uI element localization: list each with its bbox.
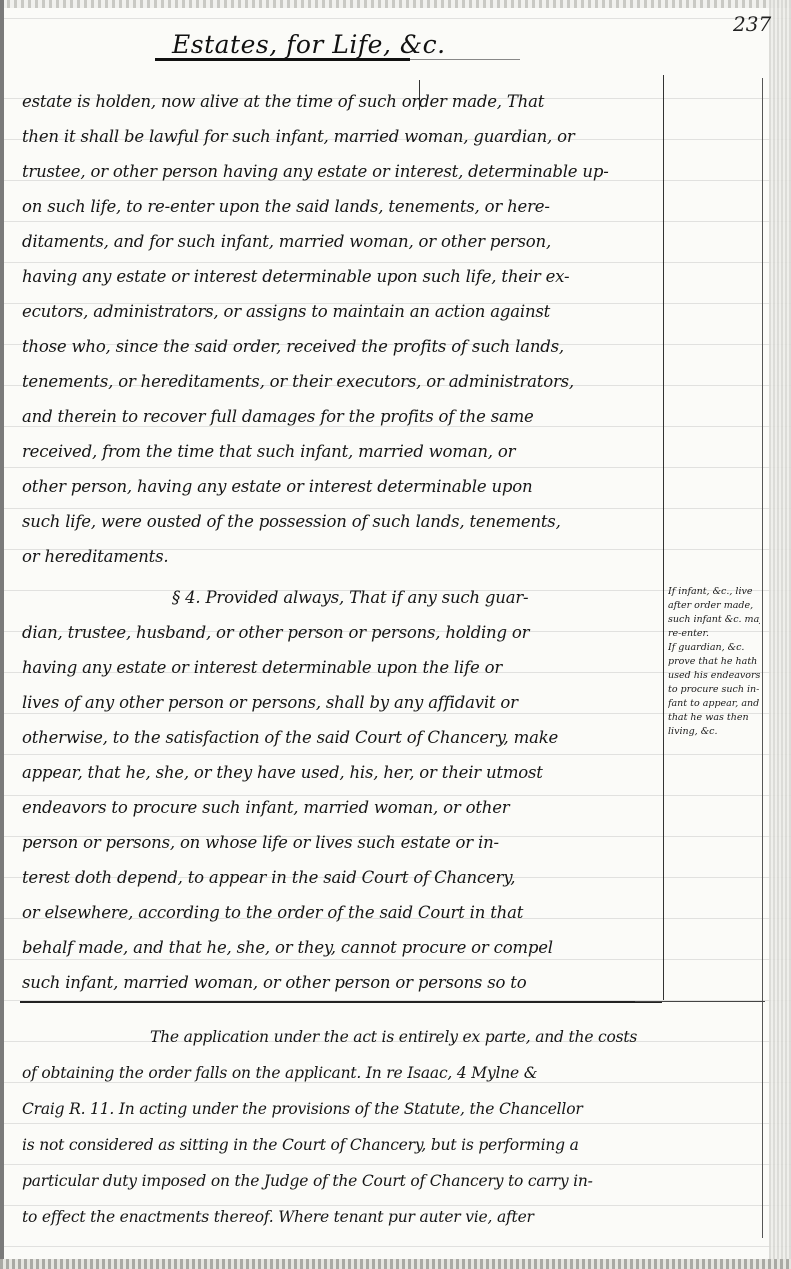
margin-note-line: living, &c.: [668, 725, 760, 739]
text-line: terest doth depend, to appear in the sai…: [22, 868, 515, 887]
text-line: dian, trustee, husband, or other person …: [22, 623, 529, 642]
text-line: tenements, or hereditaments, or their ex…: [22, 372, 574, 391]
scan-edge-left: [0, 0, 4, 1269]
text-line: The application under the act is entirel…: [150, 1028, 637, 1046]
text-line: having any estate or interest determinab…: [22, 658, 502, 677]
text-line: Craig R. 11. In acting under the provisi…: [22, 1100, 583, 1118]
margin-note-line: after order made,: [668, 599, 760, 613]
text-line: to effect the enactments thereof. Where …: [22, 1208, 534, 1226]
margin-note-line: re-enter.: [668, 627, 760, 641]
margin-rule: [663, 75, 664, 1000]
heading-underline-trail: [410, 59, 520, 60]
page-number: 237: [733, 12, 771, 36]
text-line: ecutors, administrators, or assigns to m…: [22, 302, 550, 321]
text-line: particular duty imposed on the Judge of …: [22, 1172, 593, 1190]
text-line: then it shall be lawful for such infant,…: [22, 127, 575, 146]
section-heading-line: § 4. Provided always, That if any such g…: [172, 588, 528, 607]
margin-note-line: prove that he hath: [668, 655, 760, 669]
margin-note-line: such infant &c. may: [668, 613, 760, 627]
footnote-separator: [20, 1001, 662, 1003]
text-line: otherwise, to the satisfaction of the sa…: [22, 728, 558, 747]
text-line: those who, since the said order, receive…: [22, 337, 564, 356]
text-line: on such life, to re-enter upon the said …: [22, 197, 550, 216]
text-line: having any estate or interest determinab…: [22, 267, 569, 286]
page-heading: Estates, for Life, &c.: [172, 30, 446, 59]
text-line: of obtaining the order falls on the appl…: [22, 1064, 537, 1082]
manuscript-page: 237 Estates, for Life, &c. estate is hol…: [0, 0, 791, 1269]
text-line: trustee, or other person having any esta…: [22, 162, 609, 181]
text-line: appear, that he, she, or they have used,…: [22, 763, 543, 782]
text-line: person or persons, on whose life or live…: [22, 833, 499, 852]
scan-noise-bottom: [0, 1259, 791, 1269]
margin-note-line: that he was then: [668, 711, 760, 725]
margin-note-line: If guardian, &c.: [668, 641, 760, 655]
scan-noise-top: [0, 0, 791, 8]
heading-underline: [155, 58, 410, 61]
margin-note-line: to procure such in-: [668, 683, 760, 697]
text-line: estate is holden, now alive at the time …: [22, 92, 544, 111]
text-line: or elsewhere, according to the order of …: [22, 903, 523, 922]
margin-note-line: If infant, &c., live: [668, 585, 760, 599]
text-line: endeavors to procure such infant, marrie…: [22, 798, 509, 817]
text-line: such infant, married woman, or other per…: [22, 973, 526, 992]
scan-edge-right: [769, 0, 791, 1269]
text-line: ditaments, and for such infant, married …: [22, 232, 551, 251]
margin-note-line: used his endeavors: [668, 669, 760, 683]
marginal-notes: If infant, &c., live after order made, s…: [668, 585, 760, 739]
outer-margin-rule: [762, 78, 763, 1238]
text-line: lives of any other person or persons, sh…: [22, 693, 518, 712]
text-line: behalf made, and that he, she, or they, …: [22, 938, 553, 957]
text-line: and therein to recover full damages for …: [22, 407, 534, 426]
margin-note-line: fant to appear, and: [668, 697, 760, 711]
footnote-separator-right: [635, 1001, 765, 1002]
text-line: or hereditaments.: [22, 547, 168, 566]
text-line: received, from the time that such infant…: [22, 442, 515, 461]
text-line: such life, were ousted of the possession…: [22, 512, 561, 531]
text-line: is not considered as sitting in the Cour…: [22, 1136, 579, 1154]
text-line: other person, having any estate or inter…: [22, 477, 532, 496]
